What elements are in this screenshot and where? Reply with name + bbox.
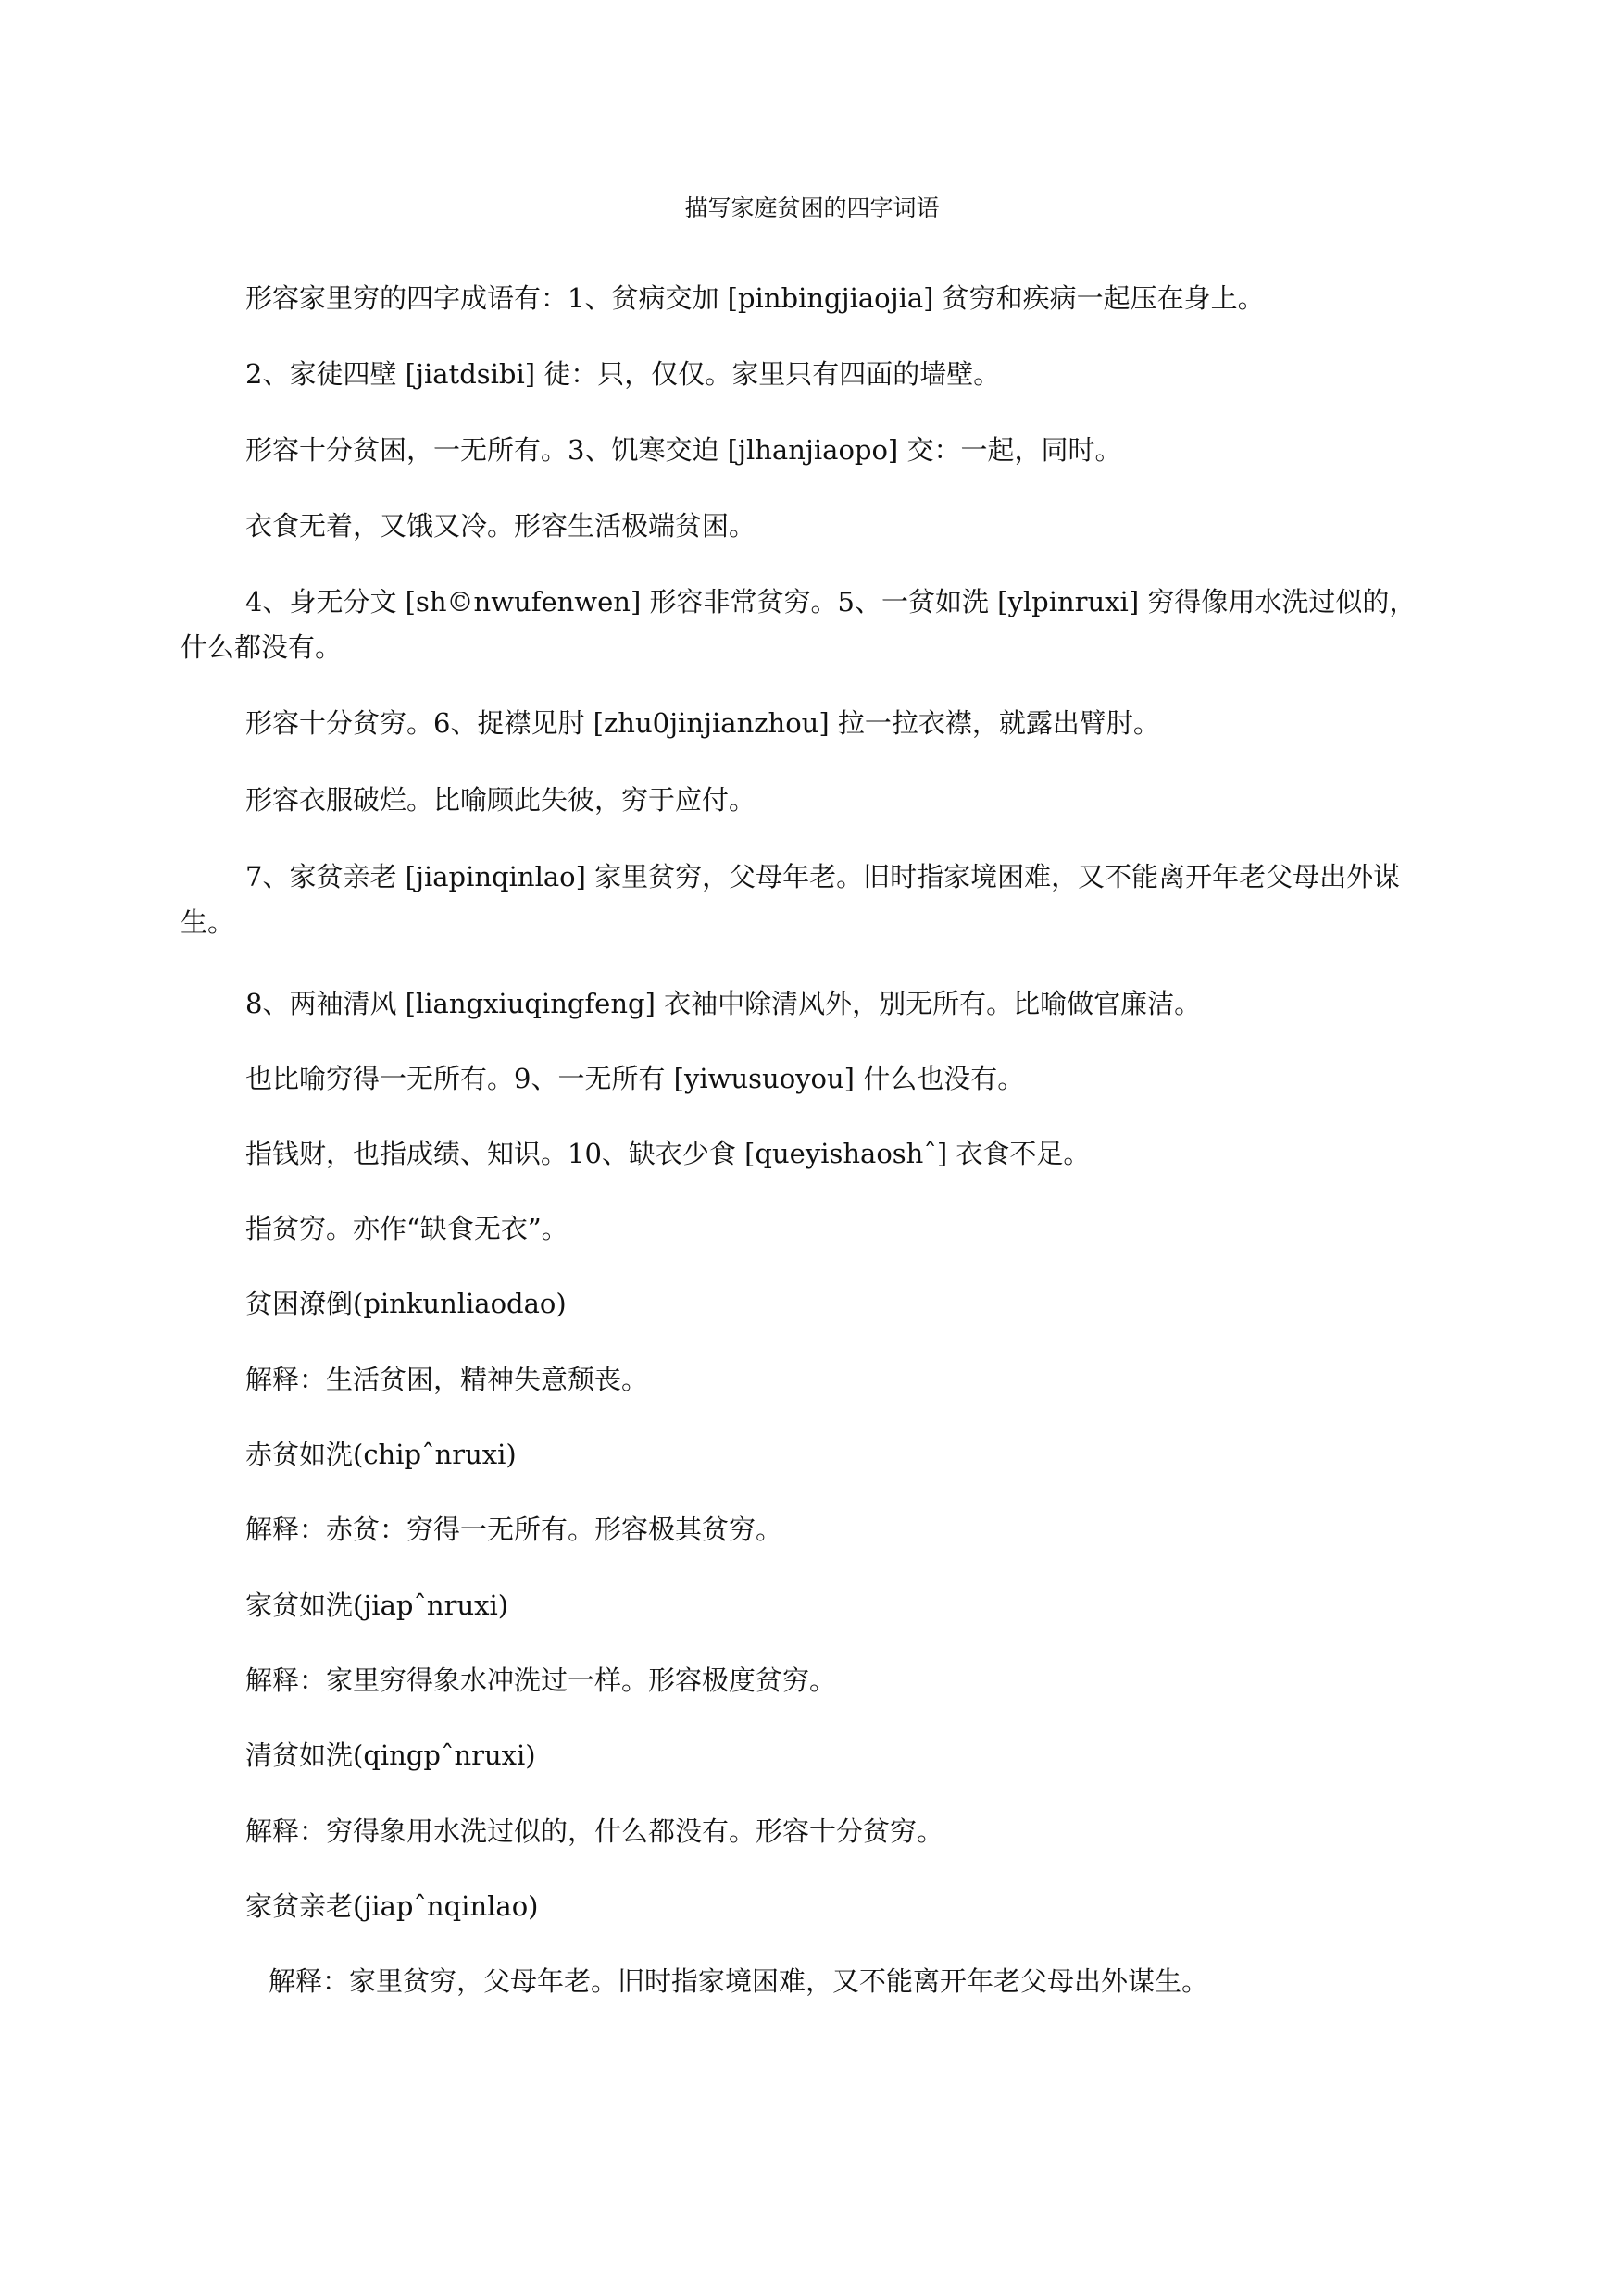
term-explanation-1: 解释：生活贫困，精神失意颓丧。 [181,1357,1440,1403]
paragraph-11: 指钱财，也指成绩、知识。10、缺衣少食 [queyishaoshˆ] 衣食不足。 [181,1131,1440,1177]
term-heading-4: 清贫如洗(qingpˆnruxi) [181,1733,1440,1778]
paragraph-6: 形容十分贫穷。6、捉襟见肘 [zhu0jinjianzhou] 拉一拉衣襟，就露… [181,701,1440,746]
paragraph-9: 8、两袖清风 [liangxiuqingfeng] 衣袖中除清风外，别无所有。比… [181,981,1440,1027]
term-explanation-4: 解释：穷得象用水洗过似的，什么都没有。形容十分贫穷。 [181,1809,1440,1854]
paragraph-2: 2、家徒四壁 [jiatdsibi] 徒：只，仅仅。家里只有四面的墙壁。 [181,352,1440,397]
term-explanation-3: 解释：家里穷得象水冲洗过一样。形容极度贫穷。 [181,1658,1440,1703]
paragraph-12: 指贫穷。亦作“缺食无衣”。 [181,1206,1440,1252]
term-explanation-5: 解释：家里贫穷，父母年老。旧时指家境困难，又不能离开年老父母出外谋生。 [181,1959,1440,2004]
term-heading-1: 贫困潦倒(pinkunliaodao) [181,1281,1440,1327]
paragraph-1: 形容家里穷的四字成语有：1、贫病交加 [pinbingjiaojia] 贫穷和疾… [181,276,1440,321]
paragraph-4: 衣食无着，又饿又冷。形容生活极端贫困。 [181,504,1440,549]
term-heading-3: 家贫如洗(jiapˆnruxi) [181,1583,1440,1628]
paragraph-8: 7、家贫亲老 [jiapinqinlao] 家里贫穷，父母年老。旧时指家境困难，… [181,854,1440,945]
term-explanation-2: 解释：赤贫：穷得一无所有。形容极其贫穷。 [181,1507,1440,1553]
document-title: 描写家庭贫困的四字词语 [0,190,1624,227]
term-heading-2: 赤贫如洗(chipˆnruxi) [181,1432,1440,1478]
paragraph-10: 也比喻穷得一无所有。9、一无所有 [yiwusuoyou] 什么也没有。 [181,1056,1440,1102]
paragraph-3: 形容十分贫困，一无所有。3、饥寒交迫 [jlhanjiaopo] 交：一起，同时… [181,428,1440,473]
paragraph-7: 形容衣服破烂。比喻顾此失彼，穷于应付。 [181,778,1440,823]
paragraph-5: 4、身无分文 [sh©nwufenwen] 形容非常贫穷。5、一贫如洗 [ylp… [181,580,1440,670]
term-heading-5: 家贫亲老(jiapˆnqinlao) [181,1884,1440,1929]
